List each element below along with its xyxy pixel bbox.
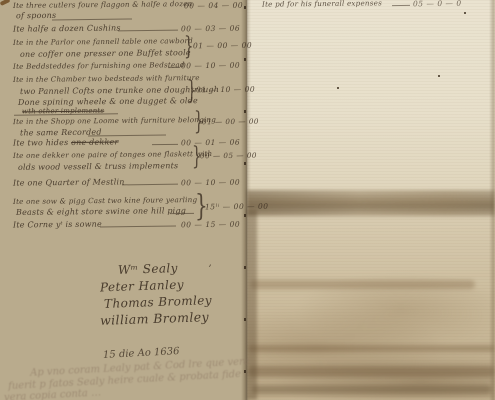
entry-text-struck: one dekker xyxy=(71,137,118,146)
page-gutter-shadow xyxy=(241,0,251,400)
entry-amount: 15ˡⁱ — 00 — 00 xyxy=(205,202,269,212)
right-page xyxy=(247,0,495,400)
entry-amount: 00 — 04 — 00 xyxy=(184,1,243,11)
entry-amount: 05 — 0 — 0 xyxy=(413,0,462,8)
entry-line: Done spining wheele & one dugget & olde xyxy=(18,96,198,107)
entry-line: Ite Beddsteddes for furnishing one Bedst… xyxy=(13,60,185,71)
ink-rule xyxy=(168,67,180,68)
entry-line: Beasts & eight store swine one hill pigg xyxy=(16,206,186,217)
entry-amount: 01 — 10 — 00 xyxy=(196,85,255,95)
page-right-edge xyxy=(489,0,495,400)
entry-amount: 01 — 00 — 00 xyxy=(202,117,259,127)
entry-text: Ite two hides xyxy=(13,138,68,148)
signature: Wᵐ Sealy xyxy=(118,261,178,277)
entry-amount: 01 — 00 — 00 xyxy=(193,41,252,51)
entry-line: Ite one Quarter of Mestlin xyxy=(13,177,125,187)
entry-line: of spoons xyxy=(16,11,56,20)
entry-amount: 00 — 01 — 06 xyxy=(181,138,240,148)
entry-line: Ite two hides one dekker xyxy=(13,137,119,147)
entry-amount: 00 — 10 — 00 xyxy=(181,61,240,71)
entry-line: Ite pd for his funerall expenses xyxy=(262,0,382,9)
entry-line: Ite halfe a dozen Cushins xyxy=(13,23,121,33)
entry-amount: 00 — 05 — 00 xyxy=(200,151,257,161)
ink-speck xyxy=(337,87,339,89)
entry-line: Ite in the Parlor one fannell table one … xyxy=(13,36,193,47)
pen-mark: ʼ xyxy=(208,264,211,275)
entry-line: Ite Corne yᵗ is sowne xyxy=(13,220,102,230)
ink-speck xyxy=(464,12,466,14)
entry-line: Ite one sow & pigg Cast two kine foure y… xyxy=(13,195,197,206)
entry-amount: 00 — 15 — 00 xyxy=(181,220,240,230)
entry-line: olds wood vessell & truss implements xyxy=(18,161,178,172)
signature: Peter Hanley xyxy=(100,278,184,295)
manuscript-photo: Ite three cutlers foure flaggon & halfe … xyxy=(0,0,495,400)
entry-line: one coffer one presser one Buffet stoole xyxy=(20,48,191,59)
ink-speck xyxy=(438,75,440,77)
entry-amount: 00 — 10 — 00 xyxy=(181,178,240,188)
